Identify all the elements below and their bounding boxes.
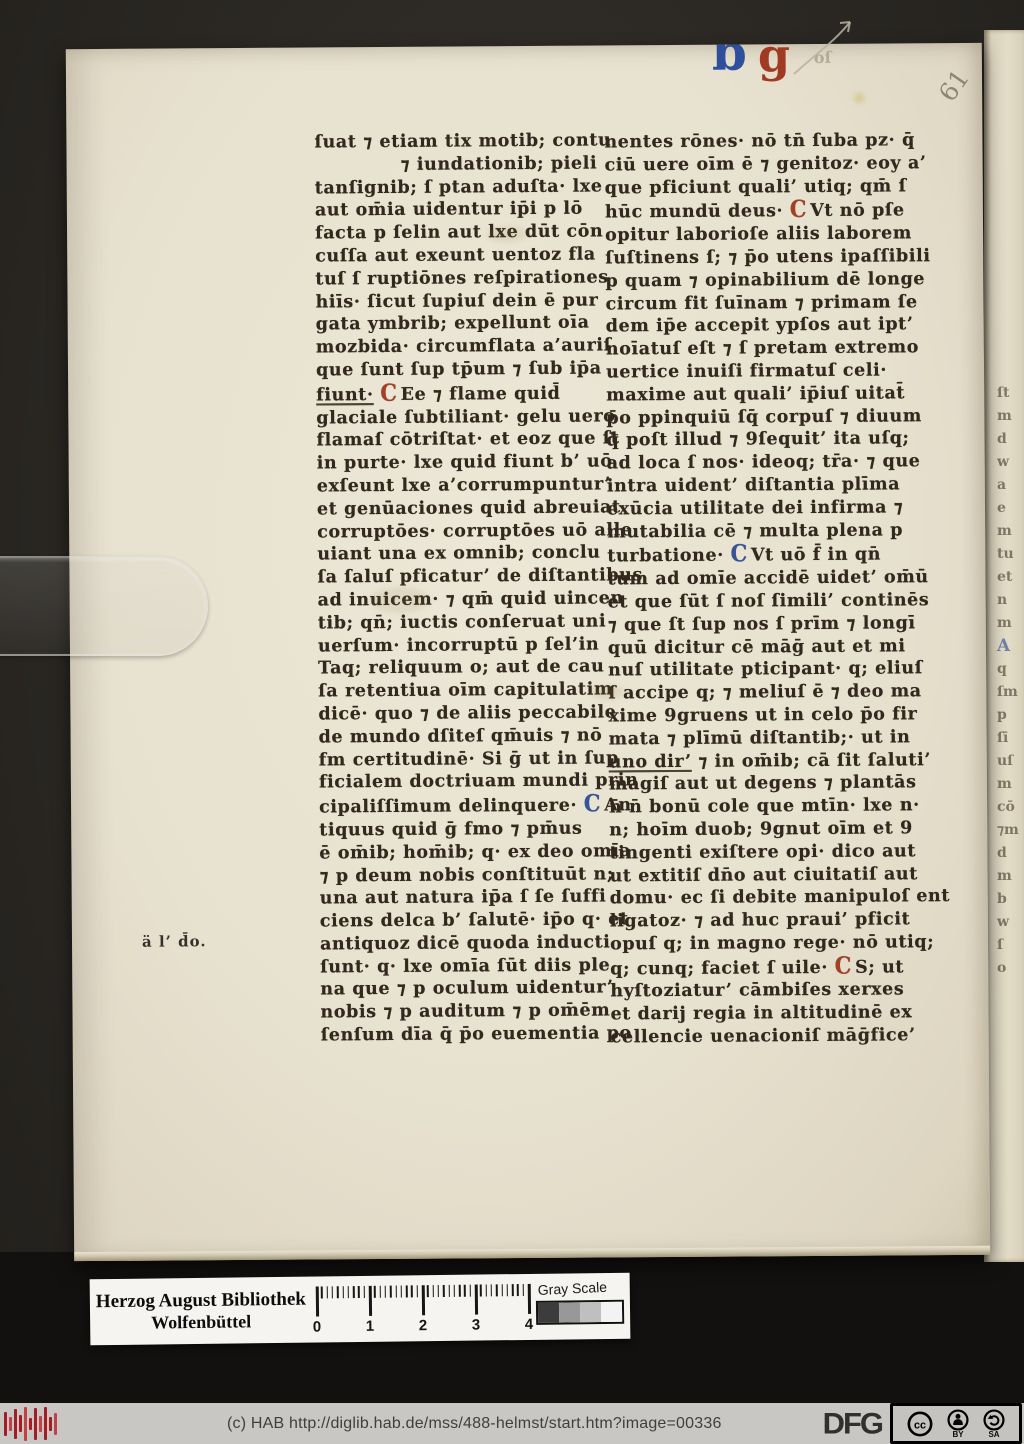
manuscript-column-2: nentes rōnes· nō tn̄ ſuba pz· q̄ciū uere… [604, 129, 946, 1049]
next-page-letter-fragment: ſt [984, 382, 1024, 405]
manuscript-text-line: circum fit ſuīnam ⁊ primam ſe [605, 291, 941, 316]
manuscript-text-line: dicē· quo ⁊ de aliis peccabile [318, 701, 634, 726]
ruler-tick [332, 1286, 334, 1298]
ruler-number: 4 [525, 1316, 534, 1333]
ruler-tick [321, 1286, 323, 1298]
manuscript-text-line: et darij regia in altitudinē ex [610, 1001, 946, 1026]
manuscript-text: uiant una ex omnib; conclu [317, 543, 600, 565]
manuscript-text-line: uiant una ex omnib; conclu [317, 542, 633, 567]
manuscript-text: in purte· lxe quid fiunt b’ uō [317, 452, 613, 474]
manuscript-text: ſuat ⁊ etiam tix motib; contu [314, 130, 611, 152]
ruler-tick [348, 1286, 350, 1298]
manuscript-text: Vt nō pſe [810, 201, 905, 222]
manuscript-text: ⁊ in om̄ib; cā ſit ſaluti’ [692, 750, 931, 772]
hab-logo-stripe [14, 1409, 17, 1439]
manuscript-text-line: exūcia utilitate dei infirma ⁊ [607, 496, 943, 521]
manuscript-text-line: na que ⁊ p oculum uidentur’ [320, 977, 636, 1002]
manuscript-text: exūcia utilitate dei infirma ⁊ [607, 497, 903, 519]
cc-icon: cc [907, 1411, 933, 1437]
manuscript-text: maxime aut quali’ ip̄iuſ uitat̄ [606, 383, 905, 405]
hab-logo-stripe [54, 1413, 57, 1435]
manuscript-text: Taq; reliquum o; aut de cau [318, 657, 604, 679]
manuscript-text-line: nobis ⁊ p auditum ⁊ p om̄ēm [320, 1000, 636, 1025]
manuscript-text: n; hoīm duob; 9gnut oīm et 9 [609, 818, 913, 840]
manuscript-text-line: mozbida· circumflata a’auriſ [316, 334, 632, 359]
manuscript-text: hyſtoziatur’ cāmbiſes xerxes [610, 980, 904, 1002]
manuscript-text: tuſ ſ ruptiōnes reſpirationes [315, 267, 608, 289]
manuscript-text-line: fm certitudinē· Si ḡ ut in ſup [319, 747, 635, 772]
ruler-number: 1 [366, 1318, 375, 1335]
next-page-text-fragments: ſtmdwaemtuetnmAqſmpſīuſmcō⁊mdmbwſo [984, 382, 1024, 980]
ruler-tick [491, 1284, 493, 1296]
manuscript-text: una aut natura ip̄a ſ ſe ſuffi [320, 887, 607, 909]
manuscript-text-line: q̄ poſt illud ⁊ 9ſequit’ ita uſq; [606, 427, 942, 452]
manuscript-text: que ſunt ſup tp̄um ⁊ ſub ip̄a [316, 358, 602, 380]
manuscript-text-line: et que ſūt ſ noſ ſimili’ continēs [608, 589, 944, 614]
manuscript-text: et darij regia in altitudinē ex [610, 1003, 912, 1025]
manuscript-text-line: opuſ q; in magno rege· nō utiq; [610, 931, 946, 956]
next-page-letter-fragment: m [984, 405, 1024, 428]
manuscript-text: ſa retentiua oīm capitulatim [318, 680, 613, 702]
manuscript-text-line: ut extitiſ dn̄o aut ciuitatiſ aut [609, 863, 945, 888]
manuscript-text: nuſ utilitate pticipant· q; eliuſ [608, 659, 923, 681]
ruler-tick [507, 1284, 509, 1296]
manuscript-text: mutabilia cē ⁊ multa plena p [607, 520, 903, 542]
manuscript-text: facta p ſelin aut lxe dūt cōn [315, 222, 603, 244]
manuscript-text: q̄ poſt illud ⁊ 9ſequit’ ita uſq; [606, 429, 909, 451]
manuscript-text-line: flamaſ cōtriſtat· et eoz que ſt [316, 428, 632, 453]
manuscript-text: p̄o ppinquiū ſq̄ corpuſ ⁊ diuum [606, 406, 922, 428]
grayscale-swatch [538, 1303, 559, 1323]
hab-logo-stripe [39, 1416, 42, 1432]
ruler-tick [337, 1286, 339, 1298]
manuscript-text-line: de mundo dſiteſ qm̄uis ⁊ nō [319, 724, 635, 749]
next-page-letter-fragment: w [984, 911, 1024, 934]
manuscript-text: mata ⁊ plīmū diſtantib;· ut in [609, 727, 911, 749]
manuscript-text: hiīs· ſicut ſupiuſ dein ē pur [315, 290, 598, 312]
rubric-red: C [790, 197, 808, 223]
next-page-letter-fragment: a [984, 474, 1024, 497]
manuscript-text: ut extitiſ dn̄o aut ciuitatiſ aut [609, 864, 917, 886]
manuscript-text-line: dem ip̄e accepit ypſos aut ipt’ [606, 313, 942, 338]
library-name-line2: Wolfenbüttel [90, 1310, 312, 1333]
next-page-letter-fragment: et [984, 566, 1024, 589]
manuscript-text: cuſſa aut exeunt uentoz fla [315, 245, 596, 267]
next-page-letter-fragment: ſī [984, 727, 1024, 750]
next-page-letter-fragment: p [984, 704, 1024, 727]
hab-logo-stripe [49, 1417, 52, 1431]
manuscript-text: ⁊ p deum nobis conſtituūt n; [319, 864, 613, 886]
ruler-tick [369, 1286, 372, 1316]
copyright-text: (c) HAB http://diglib.hab.de/mss/488-hel… [70, 1415, 819, 1433]
manuscript-text-line: domu· ec ſi debite manipuloſ ent [610, 885, 946, 910]
ruler-number: 3 [472, 1317, 481, 1334]
next-page-letter-fragment: d [984, 842, 1024, 865]
next-page-letter-fragment: b [984, 888, 1024, 911]
next-page-letter-fragment: m [984, 865, 1024, 888]
manuscript-text-line: ⁊ que ſt ſup nos ſ prīm ⁊ longī [608, 612, 944, 637]
next-page-letter-fragment: tu [984, 543, 1024, 566]
next-page-letter-fragment: d [984, 428, 1024, 451]
manuscript-text: mozbida· circumflata a’auriſ [316, 336, 612, 358]
manuscript-text-line: q; cunq; faciet ſ uile· CS; ut [610, 954, 946, 981]
hab-logo-stripe [9, 1417, 12, 1431]
rubric-red: C [380, 380, 398, 406]
manuscript-text-line: que pficiunt quali’ utiq; qm̄ ſ [605, 175, 941, 200]
manuscript-text-line: et genūaciones quid abreuiat [317, 496, 633, 521]
manuscript-text: ⁊ iundationib; pieli [401, 153, 598, 174]
ruler-tick [459, 1285, 461, 1297]
ruler-tick [443, 1285, 445, 1297]
ruler-tick [454, 1285, 456, 1297]
next-page-letter-fragment: m [984, 612, 1024, 635]
next-page-edge: ſtmdwaemtuetnmAqſmpſīuſmcō⁊mdmbwſo [984, 30, 1024, 1262]
rubric-red: C [835, 953, 853, 979]
digitized-manuscript-photo: ſtmdwaemtuetnmAqſmpſīuſmcō⁊mdmbwſo b g o… [0, 0, 1024, 1444]
manuscript-text-line: ligatoz· ⁊ ad huc praui’ pficit [610, 908, 946, 933]
hab-logo-stripe [24, 1407, 27, 1441]
manuscript-text-line: ē om̄ib; hom̄ib; q· ex deo omīa [319, 840, 635, 865]
manuscript-text-line: turbatione· CVt uō f̄ in qn̄ [607, 541, 943, 568]
manuscript-text: ad inuicem· ⁊ qm̄ quid uincen [318, 588, 624, 610]
manuscript-text: tiquus quid ḡ fmo ⁊ pm̄us [319, 819, 582, 841]
manuscript-text-line: quū dicitur cē māḡ aut et mi [608, 635, 944, 660]
manuscript-text-line: noīatuſ eſt ⁊ ſ pretam extremo [606, 336, 942, 361]
ruler-tick [512, 1284, 514, 1296]
manuscript-text-line: ⁊ p deum nobis conſtituūt n; [319, 863, 635, 888]
grayscale-swatch [580, 1302, 601, 1322]
ruler-tick [464, 1285, 466, 1297]
manuscript-text: opitur laborioſe aliis laborem [605, 223, 912, 245]
manuscript-text-line: corruptōes· corruptōes uō alle [317, 519, 633, 544]
manuscript-text: ſ accipe q; ⁊ meliuſ ē ⁊ deo ma [608, 681, 922, 703]
grayscale-chart: Gray Scale [538, 1278, 627, 1335]
manuscript-text: dicē· quo ⁊ de aliis peccabile [318, 702, 616, 724]
manuscript-text-line: n; hoīm duob; 9gnut oīm et 9 [609, 817, 945, 842]
manuscript-text-line: aut om̄ia uidentur ip̄i p lō [315, 198, 631, 223]
manuscript-text: turbatione· [607, 546, 730, 567]
manuscript-text-line: opitur laborioſe aliis laborem [605, 222, 941, 247]
manuscript-text-line: ſuſtinens ſ; ⁊ p̄o utens ipaſſibili [605, 245, 941, 270]
manuscript-text-line: p quam ⁊ opinabilium dē longe [605, 268, 941, 293]
manuscript-text: domu· ec ſi debite manipuloſ ent [610, 886, 950, 908]
manuscript-text: ligatoz· ⁊ ad huc praui’ pficit [610, 909, 911, 931]
ruler-tick [522, 1284, 524, 1296]
manuscript-text: et genūaciones quid abreuiat [317, 497, 621, 519]
manuscript-text-line: gata ymbrib; expellunt oīa [316, 312, 632, 337]
manuscript-text-line: tiquus quid ḡ fmo ⁊ pm̄us [319, 817, 635, 842]
manuscript-text: exſeunt lxe a’corrumpuntur’ [317, 474, 611, 496]
manuscript-text: tib; qn̄; iuctis conſeruat uni [318, 611, 607, 633]
manuscript-text: dem ip̄e accepit ypſos aut ipt’ [606, 315, 914, 337]
manuscript-text-line: ciens delca b’ ſalutē· ip̄o q· et [320, 908, 636, 933]
hab-logo-stripe [44, 1407, 47, 1440]
manuscript-text: uertice inuiſi firmatuſ celi· [606, 360, 887, 382]
rubric-blue: C [584, 791, 602, 817]
marginal-note: ä l’ d̄o. [142, 932, 207, 950]
manuscript-text: opuſ q; in magno rege· nō utiq; [610, 932, 934, 954]
manuscript-text: glaciale ſubtiliant· gelu uero [316, 406, 615, 428]
manuscript-text-line: hiīs· ſicut ſupiuſ dein ē pur [315, 289, 631, 314]
manuscript-text: intra uident’ diſtantia plīma [607, 474, 900, 496]
manuscript-text: xime 9gruens ut in celo p̄o fir [608, 704, 917, 726]
rubric-blue: C [730, 541, 748, 567]
next-page-letter-fragment: m [984, 773, 1024, 796]
ruler-tick [427, 1285, 429, 1297]
manuscript-text: ad loca ſ nos· ideoq; tr̄a· ⁊ que [607, 451, 921, 473]
ruler-tick [448, 1285, 450, 1297]
manuscript-text-line: ciū uere oīm ē ⁊ genitoz· eoy a’ [605, 152, 941, 177]
manuscript-text: magiſ aut ut degens ⁊ plantās [609, 773, 917, 795]
ruler-number: 0 [313, 1318, 322, 1335]
manuscript-text: ſuſtinens ſ; ⁊ p̄o utens ipaſſibili [605, 246, 930, 268]
manuscript-text-line: ad inuicem· ⁊ qm̄ quid uincen [318, 587, 634, 612]
manuscript-text-line: facta p ſelin aut lxe dūt cōn [315, 220, 631, 245]
manuscript-text: cellencie uenacioniſ māḡfice’ [611, 1025, 916, 1047]
manuscript-text-line: uerſum· incorruptū p ſel’in [318, 633, 634, 658]
manuscript-text-line: mata ⁊ plīmū diſtantib;· ut in [609, 726, 945, 751]
ruler-tick [528, 1284, 531, 1314]
ruler-tick [411, 1285, 413, 1297]
manuscript-text: S; ut [855, 957, 904, 977]
ruler-number: 2 [419, 1317, 428, 1334]
ruler-tick [390, 1286, 392, 1298]
manuscript-text-line: ſa retentiua oīm capitulatim [318, 678, 634, 703]
hab-logo-stripe [29, 1418, 32, 1430]
manuscript-text-line: nuſ utilitate pticipant· q; eliuſ [608, 657, 944, 682]
manuscript-text: cipaliſſimum delinquere· [319, 796, 584, 818]
manuscript-text: aut om̄ia uidentur ip̄i p lō [315, 199, 583, 221]
manuscript-text-line: ſa ſaluſ pficatur’ de diſtantibus [317, 564, 633, 589]
ruler-tick [358, 1286, 360, 1298]
manuscript-text-line: uno dir’ ⁊ in om̄ib; cā ſit ſaluti’ [609, 749, 945, 774]
ruler-tick [469, 1285, 471, 1297]
cc-license-badge: cc BY SA [890, 1403, 1022, 1444]
manuscript-text-line: una aut natura ip̄a ſ ſe ſuffi [320, 886, 636, 911]
manuscript-text-line: cellencie uenacioniſ māḡfice’ [611, 1024, 947, 1049]
manuscript-text-line: ſunt· q· lxe omīa ſūt diis ple [320, 954, 636, 979]
next-page-letter-fragment: ſm [984, 681, 1024, 704]
manuscript-text: q; cunq; faciet ſ uile· [610, 958, 835, 980]
manuscript-text-line: n̄ n̄ bonū cole que mtīn· lxe n· [609, 794, 945, 819]
manuscript-text: corruptōes· corruptōes uō alle [317, 520, 633, 542]
page-holder-clip [0, 556, 208, 656]
manuscript-text-line: cipaliſſimum delinquere· CAn [319, 792, 635, 819]
manuscript-text-line: que ſunt ſup tp̄um ⁊ ſub ip̄a [316, 357, 632, 382]
manuscript-text: que pficiunt quali’ utiq; qm̄ ſ [605, 176, 907, 198]
parchment-stain [854, 94, 864, 103]
ruler-tick [374, 1286, 376, 1298]
cc-by-icon: BY [947, 1409, 969, 1439]
manuscript-text: flamaſ cōtriſtat· et eoz que ſt [316, 429, 619, 451]
manuscript-text: gata ymbrib; expellunt oīa [316, 313, 590, 335]
next-page-letter-fragment: e [984, 497, 1024, 520]
manuscript-text-line: p̄o ppinquiū ſq̄ corpuſ ⁊ diuum [606, 405, 942, 430]
manuscript-text-line: ad loca ſ nos· ideoq; tr̄a· ⁊ que [607, 450, 943, 475]
grayscale-swatch [559, 1302, 580, 1322]
ruler-tick [316, 1287, 319, 1317]
next-page-letter-fragment: w [984, 451, 1024, 474]
manuscript-text-line: tum ad omīe accidē uidet’ om̄ū [607, 566, 943, 591]
next-page-letter-fragment: q [984, 658, 1024, 681]
manuscript-text: Ee ⁊ flame quid̄ [401, 384, 561, 405]
grayscale-label: Gray Scale [537, 1279, 607, 1298]
ruler-tick [326, 1286, 328, 1298]
copyright-bar: (c) HAB http://diglib.hab.de/mss/488-hel… [0, 1403, 1024, 1444]
grayscale-swatch [601, 1302, 622, 1322]
manuscript-text: nentes rōnes· nō tn̄ ſuba pz· q̄ [604, 130, 915, 152]
manuscript-text: de mundo dſiteſ qm̄uis ⁊ nō [319, 725, 603, 747]
library-label-bar: Herzog August Bibliothek Wolfenbüttel 01… [90, 1273, 631, 1346]
manuscript-text: tingenti exiſtere opi· dico aut [609, 841, 916, 863]
ruler-tick [416, 1285, 418, 1297]
manuscript-text: ſa ſaluſ pficatur’ de diſtantibus [317, 565, 643, 587]
manuscript-text-line: hyſtoziatur’ cāmbiſes xerxes [610, 979, 946, 1004]
manuscript-text: p quam ⁊ opinabilium dē longe [605, 269, 925, 291]
manuscript-text: n̄ n̄ bonū cole que mtīn· lxe n· [609, 795, 920, 817]
next-page-letter-fragment: A [984, 635, 1024, 658]
ruler-tick [501, 1284, 503, 1296]
hab-logo-stripe [4, 1412, 7, 1436]
manuscript-text: tum ad omīe accidē uidet’ om̄ū [607, 567, 928, 589]
manuscript-text-line: tanſignib; ſ ptan aduſta· lxe [315, 175, 631, 200]
manuscript-text-line: maxime aut quali’ ip̄iuſ uitat̄ [606, 382, 942, 407]
manuscript-text-line: mutabilia cē ⁊ multa plena p [607, 519, 943, 544]
manuscript-text-line: in purte· lxe quid fiunt b’ uō [317, 450, 633, 475]
manuscript-text-line: magiſ aut ut degens ⁊ plantās [609, 771, 945, 796]
manuscript-text: et que ſūt ſ noſ ſimili’ continēs [608, 590, 930, 612]
manuscript-text: antiquoz dicē quoda inducti [320, 932, 611, 954]
manuscript-text: ſenſum dīa q̄ p̄o euementia po [321, 1023, 632, 1045]
ruler-tick [406, 1285, 408, 1297]
ruler-tick [496, 1284, 498, 1296]
ruler-tick [385, 1286, 387, 1298]
header-fragment-red-letter: g [758, 43, 791, 83]
manuscript-text-line: hūc mundū deus· CVt nō pſe [605, 197, 941, 224]
manuscript-text: ciū uere oīm ē ⁊ genitoz· eoy a’ [605, 153, 927, 175]
manuscript-text: fm certitudinē· Si ḡ ut in ſup [319, 748, 619, 770]
cc-sa-icon: SA [983, 1409, 1005, 1439]
manuscript-text-line: ſenſum dīa q̄ p̄o euementia po [321, 1022, 637, 1047]
next-page-letter-fragment: ſ [984, 934, 1024, 957]
manuscript-text-line: tuſ ſ ruptiōnes reſpirationes [315, 266, 631, 291]
manuscript-text: na que ⁊ p oculum uidentur’ [320, 978, 613, 1000]
cc-sa-label: SA [988, 1431, 999, 1439]
svg-text:cc: cc [914, 1419, 926, 1431]
manuscript-text: Vt uō f̄ in qn̄ [751, 545, 881, 566]
ruler-tick [342, 1286, 344, 1298]
next-page-letter-fragment: m [984, 520, 1024, 543]
manuscript-text: ciens delca b’ ſalutē· ip̄o q· et [320, 909, 629, 931]
ruler-tick [485, 1284, 487, 1296]
ruler-tick [422, 1285, 425, 1315]
library-name-line1: Herzog August Bibliothek [90, 1288, 312, 1313]
manuscript-text-line: Taq; reliquum o; aut de cau [318, 656, 634, 681]
hab-stripes-logo [0, 1403, 70, 1444]
ruler-tick [401, 1285, 403, 1297]
manuscript-text: circum fit ſuīnam ⁊ primam ſe [606, 292, 918, 314]
folio-number: 61 [933, 64, 975, 107]
manuscript-text-line: ſuat ⁊ etiam tix motib; contu [314, 129, 630, 154]
manuscript-text: quū dicitur cē māḡ aut et mi [608, 636, 906, 658]
manuscript-text-line: intra uident’ diſtantia plīma [607, 473, 943, 498]
manuscript-text-line: tingenti exiſtere opi· dico aut [609, 840, 945, 865]
ruler-tick [517, 1284, 519, 1296]
ruler-tick [395, 1286, 397, 1298]
dfg-logo: DFG [823, 1406, 882, 1440]
manuscript-text-line: antiquoz dicē quoda inducti [320, 931, 636, 956]
manuscript-text: nobis ⁊ p auditum ⁊ p om̄ēm [320, 1001, 610, 1023]
manuscript-text: noīatuſ eſt ⁊ ſ pretam extremo [606, 337, 919, 359]
manuscript-column-1: ſuat ⁊ etiam tix motib; contu⁊ iundation… [314, 129, 636, 1047]
ruler-tick [480, 1285, 482, 1297]
manuscript-text-line: uertice inuiſi firmatuſ celi· [606, 359, 942, 384]
next-page-letter-fragment: uſ [984, 750, 1024, 773]
ruler-tick [353, 1286, 355, 1298]
library-name: Herzog August Bibliothek Wolfenbüttel [90, 1288, 313, 1333]
manuscript-text-line: cuſſa aut exeunt uentoz fla [315, 243, 631, 268]
ruler-tick [475, 1285, 478, 1315]
hab-logo-stripe [34, 1408, 37, 1440]
manuscript-text-line: ⁊ iundationib; pieli [315, 152, 631, 177]
manuscript-text: uno dir’ [609, 751, 692, 772]
manuscript-text-line: xime 9gruens ut in celo p̄o fir [608, 703, 944, 728]
grayscale-swatches [536, 1300, 624, 1325]
ruler-tick [438, 1285, 440, 1297]
next-page-letter-fragment: o [984, 957, 1024, 980]
manuscript-text-line: ſ accipe q; ⁊ meliuſ ē ⁊ deo ma [608, 680, 944, 705]
hab-logo-stripe [19, 1415, 22, 1432]
cc-by-label: BY [952, 1431, 963, 1439]
manuscript-text-line: nentes rōnes· nō tn̄ ſuba pz· q̄ [604, 129, 940, 154]
ruler-tick [363, 1286, 365, 1298]
manuscript-text-line: glaciale ſubtiliant· gelu uero [316, 405, 632, 430]
next-page-letter-fragment: ⁊m [984, 819, 1024, 842]
manuscript-text: ⁊ que ſt ſup nos ſ prīm ⁊ longī [608, 613, 916, 635]
next-page-letter-fragment: cō [984, 796, 1024, 819]
manuscript-text: ē om̄ib; hom̄ib; q· ex deo omīa [319, 841, 631, 863]
manuscript-text: ſunt· q· lxe omīa ſūt diis ple [320, 955, 610, 977]
manuscript-page: b g oſ 61 ſuat ⁊ etiam tix motib; contu⁊… [66, 43, 990, 1261]
manuscript-text-line: exſeunt lxe a’corrumpuntur’ [317, 473, 633, 498]
next-page-letter-fragment: n [984, 589, 1024, 612]
ruler-tick [379, 1286, 381, 1298]
manuscript-text: uerſum· incorruptū p ſel’in [318, 634, 599, 656]
manuscript-text-line: tib; qn̄; iuctis conſeruat uni [318, 610, 634, 635]
manuscript-text: tanſignib; ſ ptan aduſta· lxe [315, 176, 603, 198]
manuscript-text-line: fiunt· CEe ⁊ flame quid̄ [316, 380, 632, 407]
manuscript-text: hūc mundū deus· [605, 202, 790, 223]
header-fragment-blue-letter: b [712, 43, 747, 82]
centimeter-ruler: 01234 [312, 1279, 539, 1338]
pen-flourish [788, 10, 872, 82]
manuscript-text: fiunt· [316, 385, 374, 405]
ruler-tick [432, 1285, 434, 1297]
